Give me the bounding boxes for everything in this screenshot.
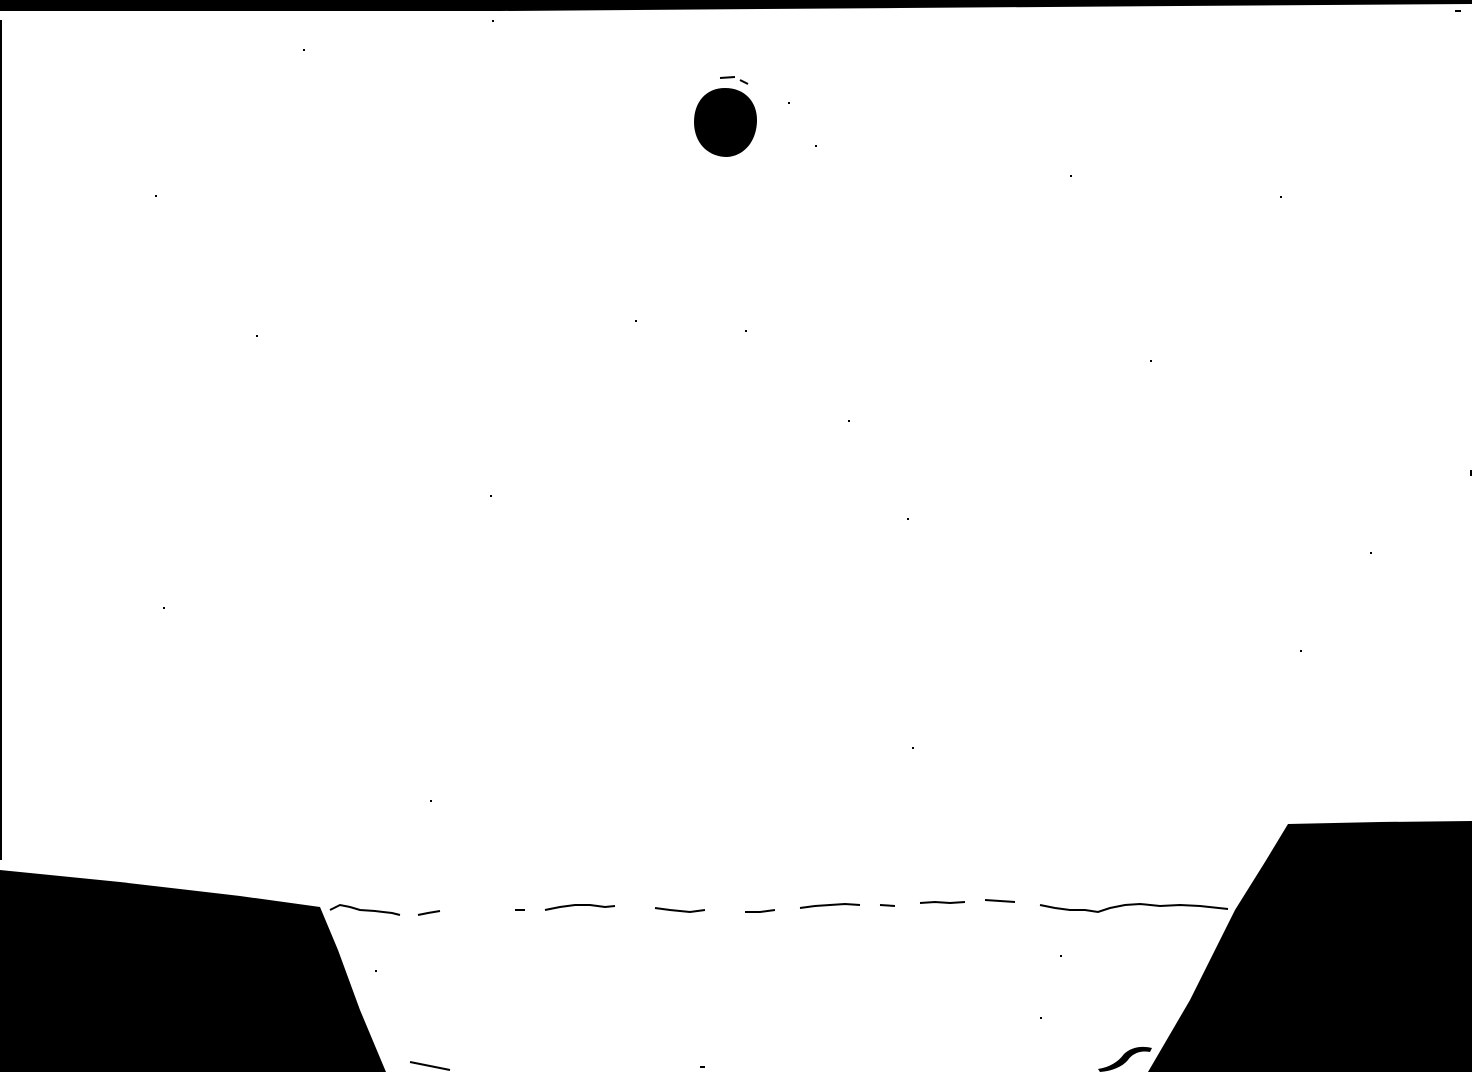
- bottom-center-dot: [700, 1066, 705, 1068]
- left-edge-line: [0, 20, 2, 860]
- photo-scene: [0, 0, 1472, 1072]
- round-hole: [694, 88, 757, 157]
